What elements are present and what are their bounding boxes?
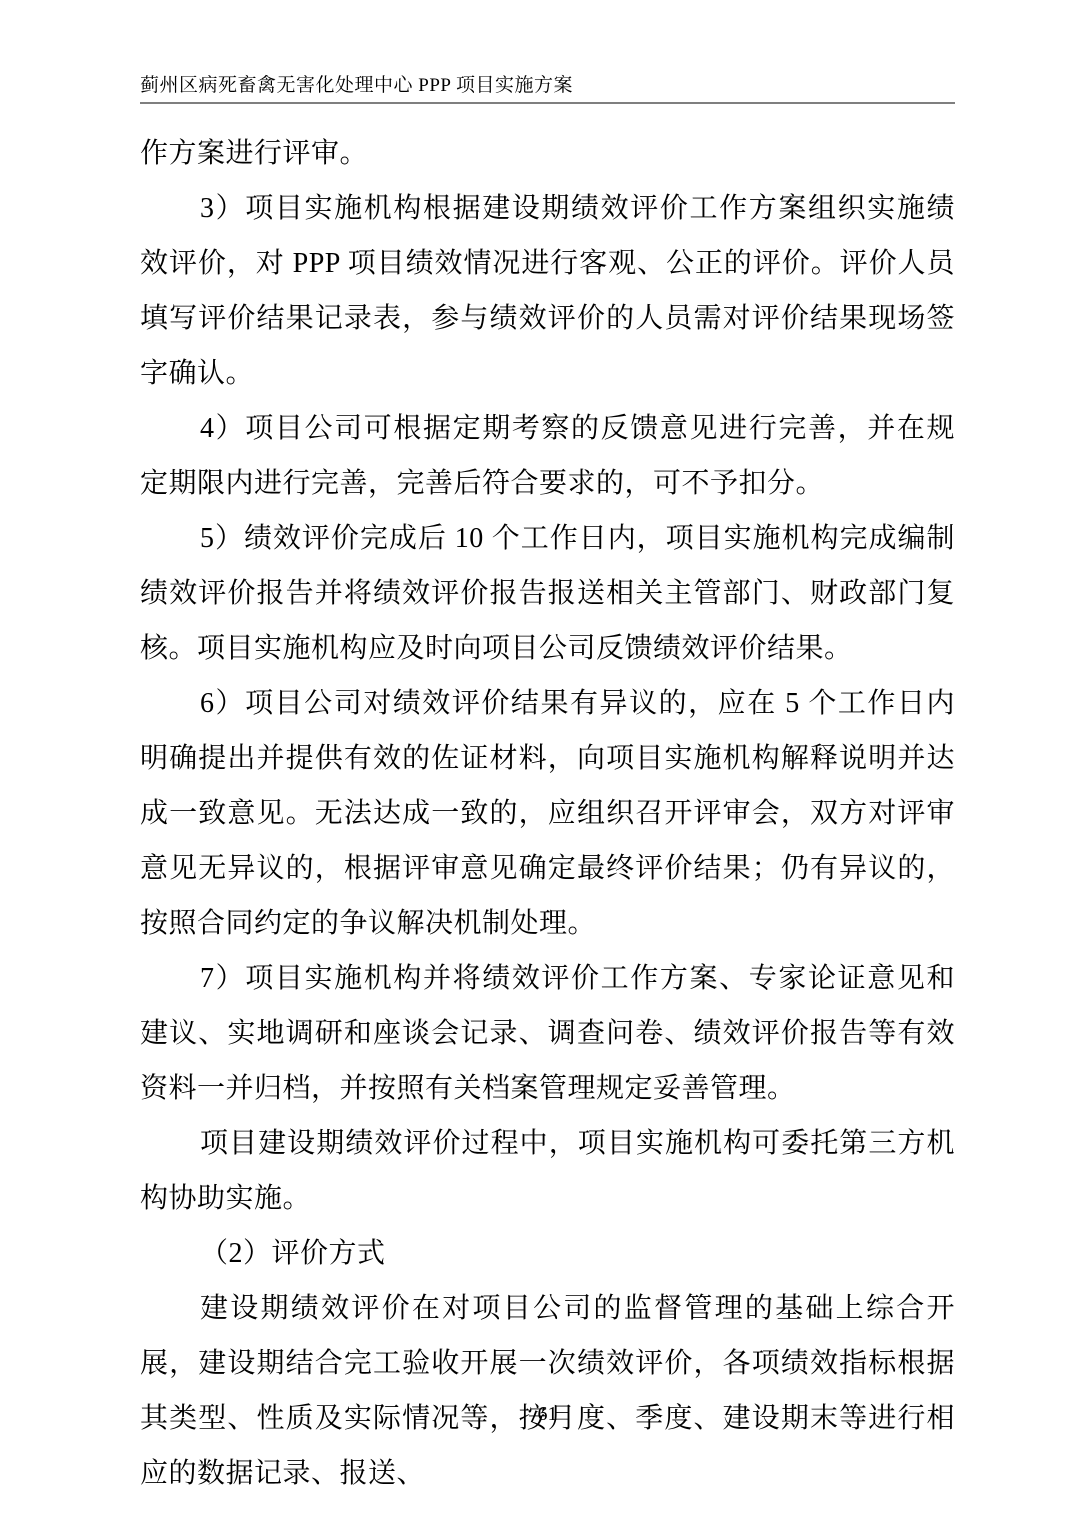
page-footer: 61	[140, 1400, 955, 1428]
paragraph: 4）项目公司可根据定期考察的反馈意见进行完善，并在规定期限内进行完善，完善后符合…	[140, 401, 955, 511]
page-number: 61	[538, 1403, 558, 1425]
paragraph: 建设期绩效评价在对项目公司的监督管理的基础上综合开展，建设期结合完工验收开展一次…	[140, 1281, 955, 1501]
page-header: 蓟州区病死畜禽无害化处理中心 PPP 项目实施方案	[140, 74, 955, 104]
paragraph: 项目建设期绩效评价过程中，项目实施机构可委托第三方机构协助实施。	[140, 1116, 955, 1226]
paragraph: 6）项目公司对绩效评价结果有异议的，应在 5 个工作日内明确提出并提供有效的佐证…	[140, 676, 955, 951]
paragraph: 作方案进行评审。	[140, 126, 955, 181]
paragraph: 3）项目实施机构根据建设期绩效评价工作方案组织实施绩效评价，对 PPP 项目绩效…	[140, 181, 955, 401]
document-body: 作方案进行评审。3）项目实施机构根据建设期绩效评价工作方案组织实施绩效评价，对 …	[140, 126, 955, 1501]
paragraph: 5）绩效评价完成后 10 个工作日内，项目实施机构完成编制绩效评价报告并将绩效评…	[140, 511, 955, 676]
paragraph: （2）评价方式	[140, 1226, 955, 1281]
header-title: 蓟州区病死畜禽无害化处理中心 PPP 项目实施方案	[140, 75, 573, 96]
paragraph: 7）项目实施机构并将绩效评价工作方案、专家论证意见和建议、实地调研和座谈会记录、…	[140, 951, 955, 1116]
document-page: 蓟州区病死畜禽无害化处理中心 PPP 项目实施方案 作方案进行评审。3）项目实施…	[0, 0, 1074, 1520]
